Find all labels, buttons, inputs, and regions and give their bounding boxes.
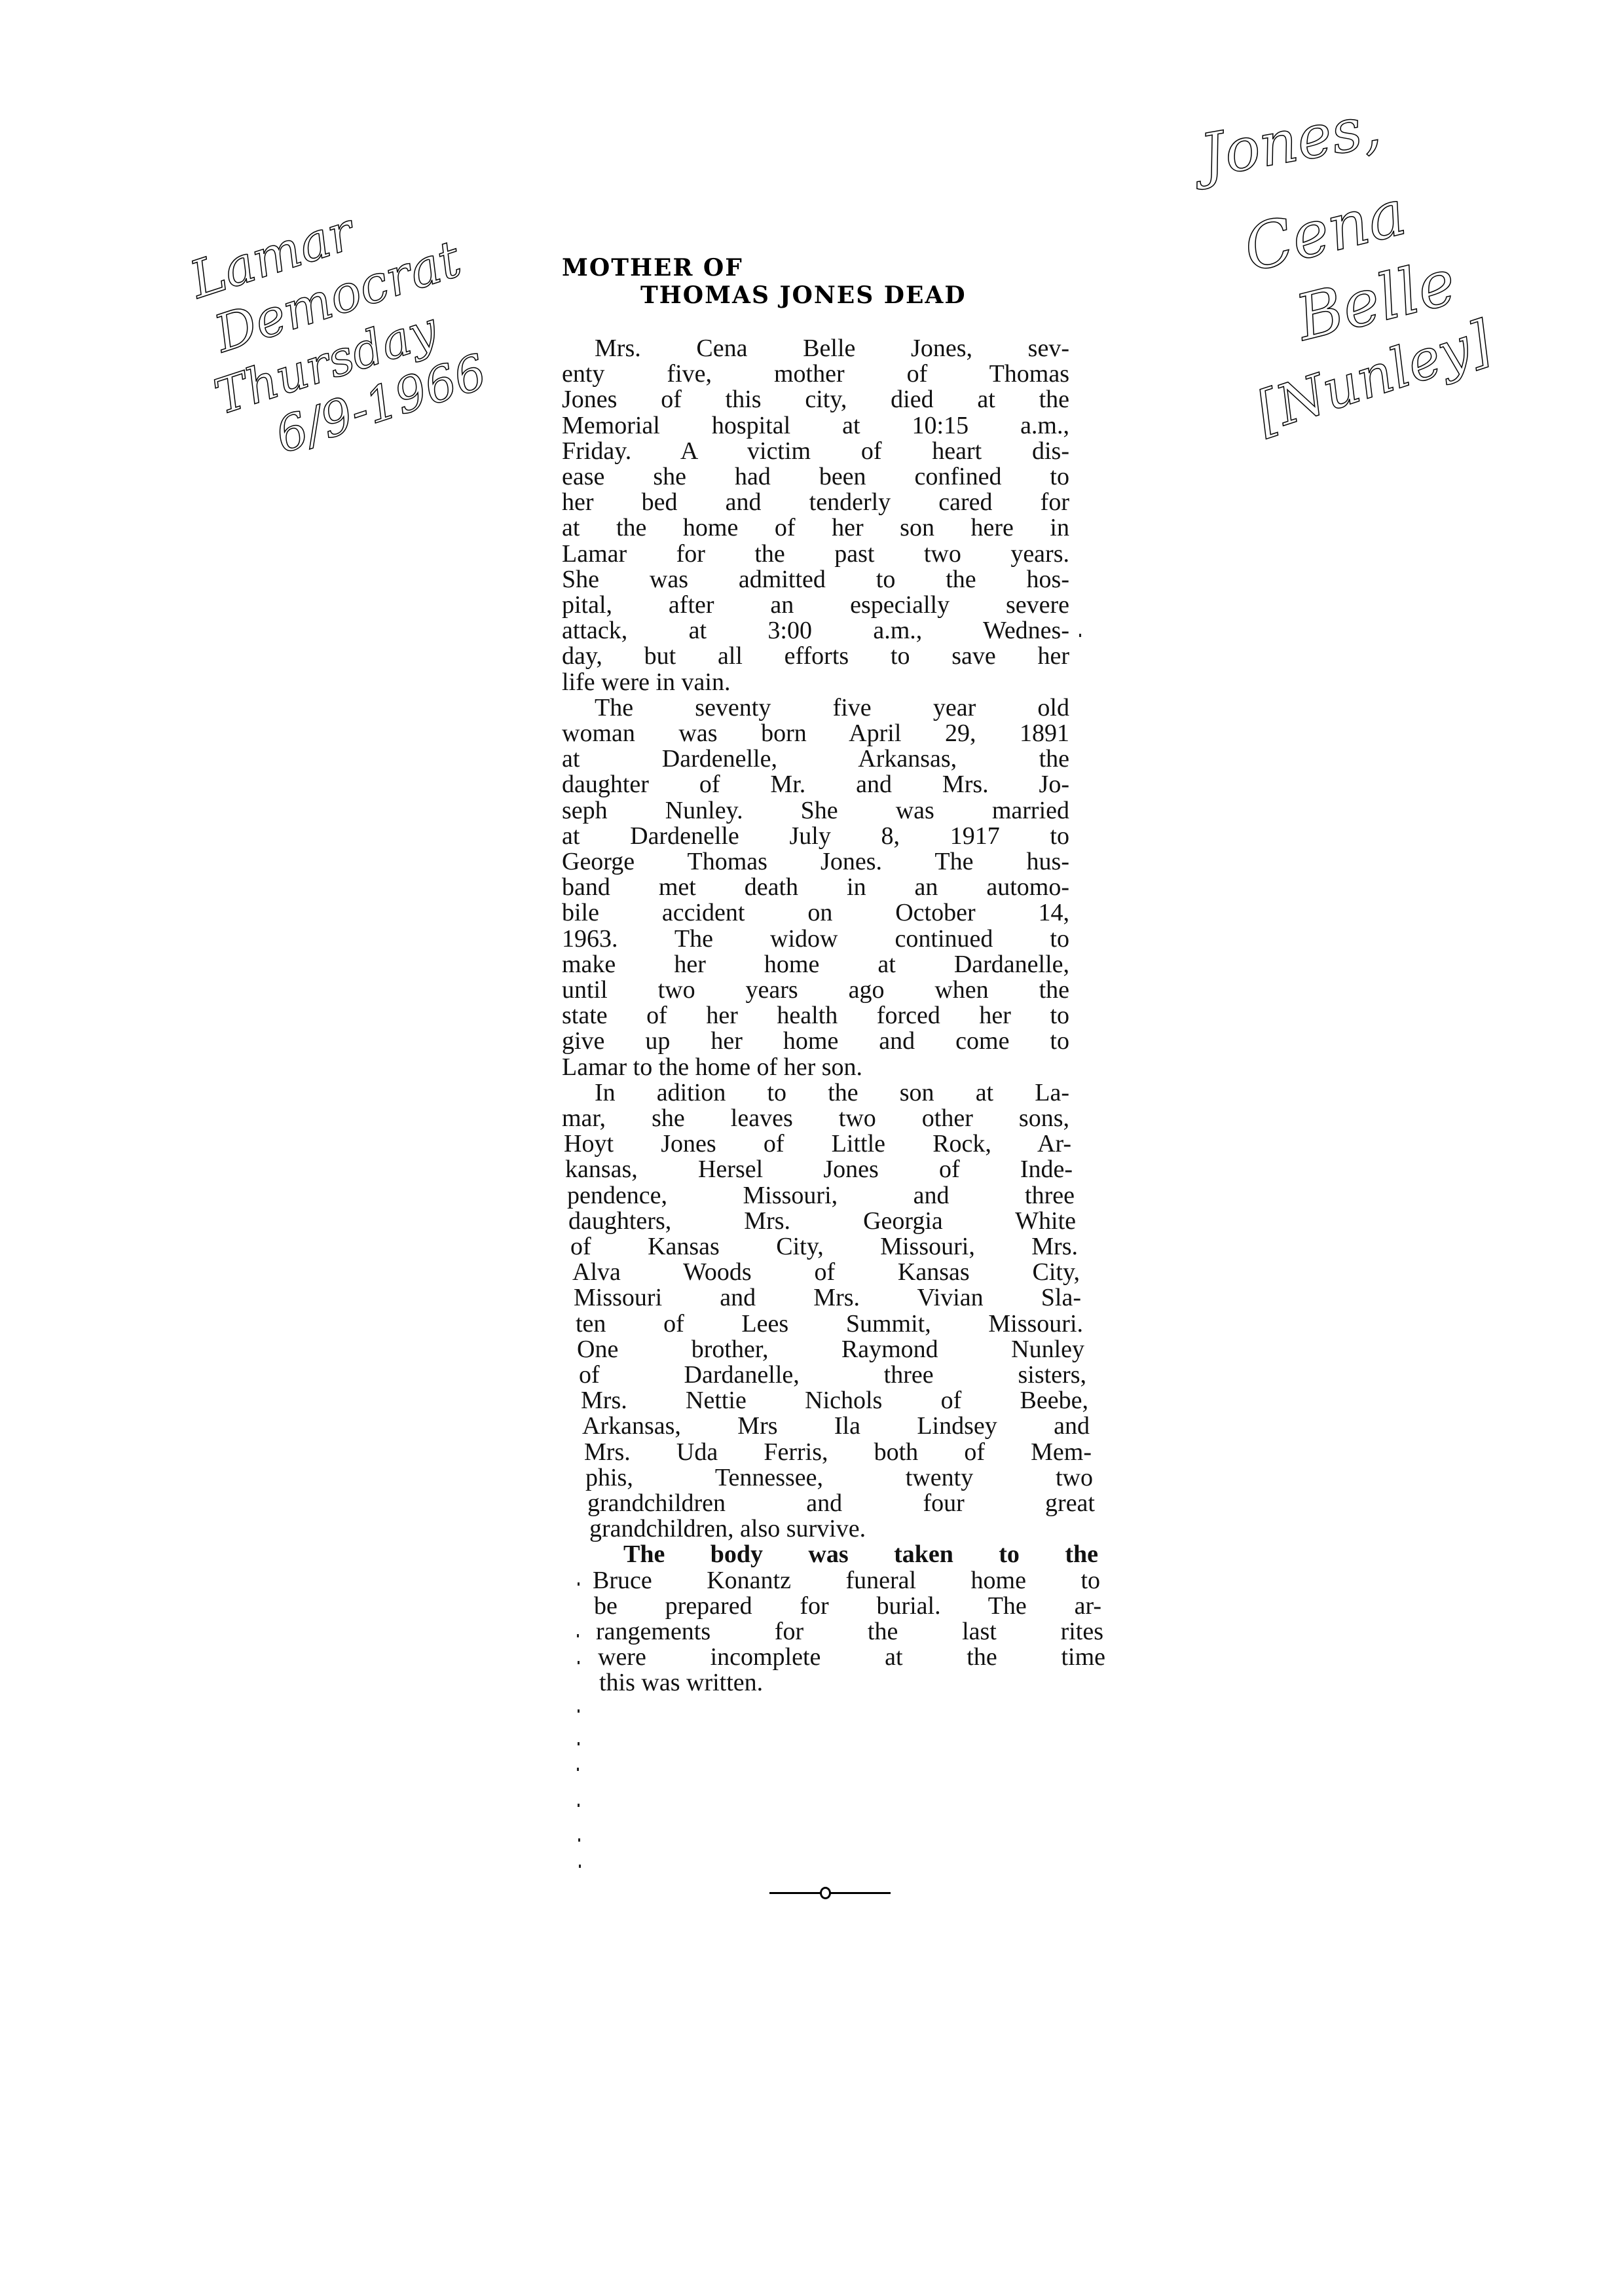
article-line: bile accident on October 14, (562, 900, 1069, 927)
article-line: daughter of Mr. and Mrs. Jo- (562, 771, 1069, 799)
article-line: Missouri and Mrs. Vivian Sla- (574, 1285, 1081, 1312)
article-line: Memorial hospital at 10:15 a.m., (562, 412, 1069, 440)
scan-speck (1079, 634, 1081, 637)
article-line: her bed and tenderly cared for (562, 489, 1069, 517)
end-of-article-ornament (820, 1887, 831, 1899)
article-line: The seventy five year old (595, 695, 1069, 722)
article-line: band met death in an automo- (562, 874, 1069, 902)
article-line: Mrs. Nettie Nichols of Beebe, (581, 1387, 1088, 1415)
article-line: at the home of her son here in (562, 515, 1069, 542)
scan-speck (578, 1804, 580, 1807)
headline-line-1: MOTHER OF (562, 254, 743, 282)
scan-speck (578, 1709, 580, 1713)
article-line: ten of Lees Summit, Missouri. (576, 1311, 1083, 1338)
article-line: kansas, Hersel Jones of Inde- (565, 1156, 1073, 1184)
scanned-page: Lamar Democrat Thursday 6/9-1966 Jones, … (0, 0, 1624, 2296)
article-line: were incomplete at the time (598, 1644, 1105, 1671)
article-line: state of her health forced her to (562, 1002, 1069, 1030)
article-line: of Kansas City, Missouri, Mrs. (570, 1233, 1078, 1261)
article-line: at Dardenelle, Arkansas, the (562, 746, 1069, 773)
scan-speck (577, 1634, 579, 1637)
article-line: Lamar for the past two years. (562, 541, 1069, 568)
article-line: Mrs. Cena Belle Jones, sev- (595, 335, 1069, 363)
article-line: Friday. A victim of heart dis- (562, 438, 1069, 465)
article-line: mar, she leaves two other sons, (562, 1105, 1069, 1133)
article-line: at Dardenelle July 8, 1917 to (562, 823, 1069, 850)
article-line: Lamar to the home of her son. (562, 1054, 1069, 1082)
article-line: of Dardanelle, three sisters, (579, 1362, 1086, 1389)
article-line: She was admitted to the hos- (562, 566, 1069, 594)
article-line: Jones of this city, died at the (562, 386, 1069, 414)
article-line: Hoyt Jones of Little Rock, Ar- (564, 1131, 1071, 1158)
article-line: Arkansas, Mrs Ila Lindsey and (582, 1413, 1090, 1440)
scan-speck (578, 1582, 580, 1586)
article-line: be prepared for burial. The ar- (594, 1593, 1101, 1620)
article-line: daughters, Mrs. Georgia White (568, 1208, 1076, 1235)
headline-line-2: THOMAS JONES DEAD (640, 282, 967, 309)
article-line: rangements for the last rites (596, 1618, 1103, 1646)
article-line: this was written. (599, 1669, 1107, 1697)
article-line: Alva Woods of Kansas City, (572, 1259, 1080, 1286)
scan-speck (578, 1838, 580, 1842)
article-line: life were in vain. (562, 669, 1069, 697)
article-line: ease she had been confined to (562, 464, 1069, 491)
article-line: grandchildren and four great (587, 1490, 1095, 1518)
article-line: seph Nunley. She was married (562, 797, 1069, 825)
article-line: One brother, Raymond Nunley (577, 1336, 1084, 1364)
article-line: woman was born April 29, 1891 (562, 720, 1069, 748)
article-line: Bruce Konantz funeral home to (593, 1567, 1100, 1595)
article-line: Mrs. Uda Ferris, both of Mem- (584, 1439, 1092, 1467)
scan-speck (578, 1661, 580, 1664)
scan-speck (578, 1742, 580, 1745)
article-line: pital, after an especially severe (562, 592, 1069, 619)
article-line: The body was taken to the (623, 1541, 1098, 1569)
article-line: grandchildren, also survive. (589, 1516, 1097, 1543)
article-line: phis, Tennessee, twenty two (585, 1465, 1093, 1492)
newspaper-clipping: MOTHER OF THOMAS JONES DEAD Mrs. Cena Be… (0, 0, 1624, 2296)
article-line: pendence, Missouri, and three (567, 1182, 1075, 1210)
article-line: until two years ago when the (562, 977, 1069, 1004)
scan-speck (577, 1768, 579, 1771)
article-line: attack, at 3:00 a.m., Wednes- (562, 617, 1069, 645)
article-line: enty five, mother of Thomas (562, 361, 1069, 388)
article-line: give up her home and come to (562, 1028, 1069, 1055)
article-line: day, but all efforts to save her (562, 643, 1069, 670)
article-line: George Thomas Jones. The hus- (562, 848, 1069, 876)
scan-speck (579, 1865, 581, 1868)
article-line: 1963. The widow continued to (562, 926, 1069, 953)
article-line: In adition to the son at La- (595, 1080, 1069, 1107)
article-line: make her home at Dardanelle, (562, 951, 1069, 979)
